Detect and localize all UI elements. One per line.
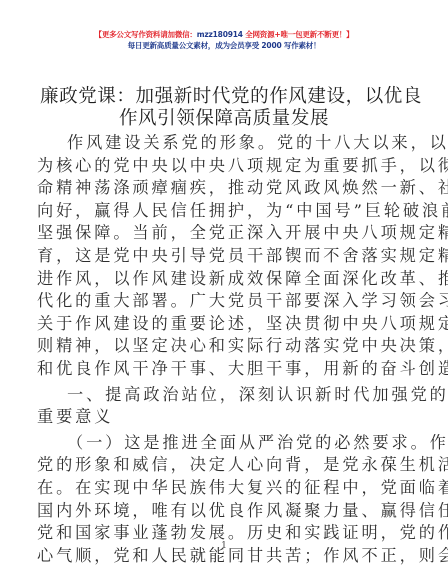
text-line: 育，这是党中央引导党员干部锲而不舍落实规定精神、持续改 — [37, 245, 383, 268]
text-line: 关于作风建设的重要论述，坚决贯彻中央八项规定及其实施细 — [37, 313, 383, 336]
text-line: 命精神荡涤顽瘴痼疾，推动党风政风焕然一新、社风民风持续 — [37, 177, 383, 200]
promo-line-2: 每日更新高质量公文素材，成为会员享受 2000 写作素材！ — [0, 41, 448, 51]
text-line: 作风建设关系党的形象。党的十八大以来，以习近平同志 — [37, 132, 383, 155]
promo-line-1: 【更多公文写作资料请加微信：mzz180914 全网资源+唯一包更新不断更！】 — [0, 30, 448, 40]
promo-suffix: 全网资源+唯一包更新不断更！】 — [243, 30, 354, 39]
text-line: 坚强保障。当前，全党正深入开展中央八项规定精神学习教 — [37, 222, 383, 245]
paragraph-intro: 作风建设关系党的形象。党的十八大以来，以习近平同志 为核心的党中央以中央八项规定… — [37, 132, 383, 381]
text-line: （一）这是推进全面从严治党的必然要求。作风建设关系 — [37, 432, 383, 455]
promo-banner: 【更多公文写作资料请加微信：mzz180914 全网资源+唯一包更新不断更！】 … — [0, 30, 448, 51]
text-line: 在。在实现中华民族伟大复兴的征程中，党面临着复杂多变的 — [37, 477, 383, 500]
section-heading-1: 一、提高政治站位，深刻认识新时代加强党的作风建设的 重要意义 — [37, 384, 383, 429]
heading-line: 重要意义 — [37, 406, 383, 429]
text-line: 向好，赢得人民信任拥护，为“中国号”巨轮破浪前行提供了 — [37, 200, 383, 223]
text-line: 党的形象和威信，决定人心向背，是党永葆生机活力的关键所 — [37, 454, 383, 477]
text-line: 为核心的党中央以中央八项规定为重要抓手，以彻底的自我革 — [37, 155, 383, 178]
promo-prefix: 【更多公文写作资料请加微信： — [95, 30, 197, 39]
document-page: 【更多公文写作资料请加微信：mzz180914 全网资源+唯一包更新不断更！】 … — [0, 0, 448, 580]
heading-line: 一、提高政治站位，深刻认识新时代加强党的作风建设的 — [37, 384, 383, 407]
document-body: 作风建设关系党的形象。党的十八大以来，以习近平同志 为核心的党中央以中央八项规定… — [37, 132, 383, 567]
document-title: 廉政党课：加强新时代党的作风建设，以优良 作风引领保障高质量发展 — [40, 86, 408, 130]
text-line: 代化的重大部署。广大党员干部要深入学习领会习近平总书记 — [37, 290, 383, 313]
wechat-id: mzz180914 — [197, 30, 243, 39]
title-line-1: 廉政党课：加强新时代党的作风建设，以优良 — [40, 86, 408, 108]
page-number: 1 — [0, 541, 448, 551]
title-line-2: 作风引领保障高质量发展 — [40, 108, 408, 130]
text-line: 则精神，以坚定决心和实际行动落实党中央决策，以昂扬斗志 — [37, 335, 383, 358]
text-line: 进作风，以作风建设新成效保障全面深化改革、推进中国式现 — [37, 268, 383, 291]
text-line: 和优良作风干净干事、大胆干事，用新的奋斗创造新的伟业。 — [37, 358, 383, 381]
text-line: 国内外环境，唯有以优良作风凝聚力量、赢得信任，才能确保 — [37, 500, 383, 523]
